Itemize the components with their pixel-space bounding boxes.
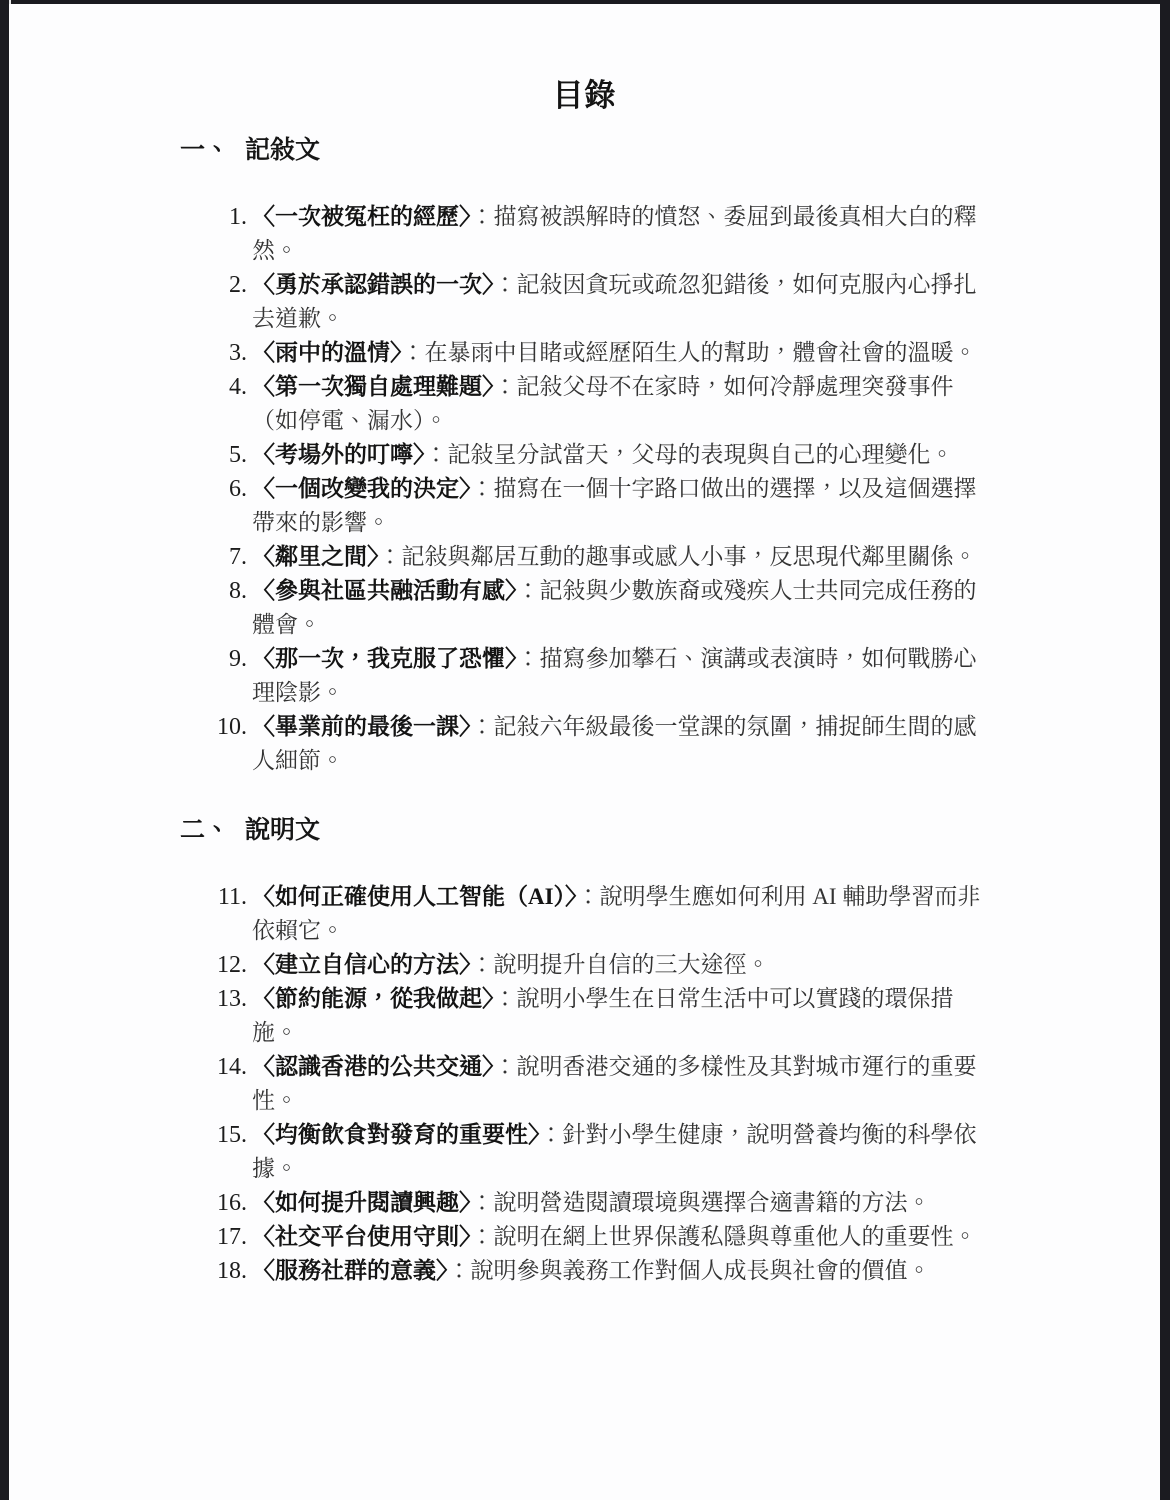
item-title: 〈一個改變我的決定〉 <box>252 476 471 501</box>
section-heading: 一、 記敍文 <box>180 134 1160 168</box>
section-title: 說明文 <box>245 814 320 848</box>
section-items: 1.〈一次被冤枉的經歷〉：描寫被誤解時的憤怒、委屈到最後真相大白的釋然。 2.〈… <box>9 200 1160 778</box>
item-title: 〈如何正確使用人工智能（AI）〉 <box>252 884 577 909</box>
item-title: 〈鄰里之間〉 <box>252 544 379 569</box>
item-description: ：記敍與鄰居互動的趣事或感人小事，反思現代鄰里關係。 <box>379 544 977 569</box>
item-number: 8. <box>177 574 247 608</box>
toc-item: 18.〈服務社群的意義〉：說明參與義務工作對個人成長與社會的價值。 <box>9 1254 990 1288</box>
item-title: 〈雨中的溫情〉 <box>252 340 402 365</box>
item-number: 2. <box>177 268 247 302</box>
section-label: 二、 <box>180 814 230 848</box>
item-title: 〈節約能源，從我做起〉 <box>252 986 494 1011</box>
item-title: 〈那一次，我克服了恐懼〉 <box>252 646 517 671</box>
toc-item: 6.〈一個改變我的決定〉：描寫在一個十字路口做出的選擇，以及這個選擇帶來的影響。 <box>9 472 990 540</box>
section-heading: 二、 說明文 <box>180 814 1160 848</box>
toc-item: 9.〈那一次，我克服了恐懼〉：描寫參加攀石、演講或表演時，如何戰勝心理陰影。 <box>9 642 990 710</box>
item-number: 15. <box>177 1118 247 1152</box>
item-title: 〈第一次獨自處理難題〉 <box>252 374 494 399</box>
item-title: 〈社交平台使用守則〉 <box>252 1224 471 1249</box>
item-number: 14. <box>177 1050 247 1084</box>
item-description: ：說明參與義務工作對個人成長與社會的價值。 <box>448 1258 931 1283</box>
item-title: 〈一次被冤枉的經歷〉 <box>252 204 471 229</box>
item-number: 6. <box>177 472 247 506</box>
item-title: 〈服務社群的意義〉 <box>252 1258 448 1283</box>
toc-item: 7.〈鄰里之間〉：記敍與鄰居互動的趣事或感人小事，反思現代鄰里關係。 <box>9 540 990 574</box>
section-label: 一、 <box>180 134 230 168</box>
document-page: 目錄 一、 記敍文 1.〈一次被冤枉的經歷〉：描寫被誤解時的憤怒、委屈到最後真相… <box>9 4 1160 1500</box>
item-title: 〈畢業前的最後一課〉 <box>252 714 471 739</box>
toc-item: 10.〈畢業前的最後一課〉：記敍六年級最後一堂課的氛圍，捕捉師生間的感人細節。 <box>9 710 990 778</box>
item-description: ：記敍呈分試當天，父母的表現與自己的心理變化。 <box>425 442 954 467</box>
item-number: 3. <box>177 336 247 370</box>
item-title: 〈考場外的叮嚀〉 <box>252 442 425 467</box>
item-description: ：說明提升自信的三大途徑。 <box>471 952 770 977</box>
item-number: 16. <box>177 1186 247 1220</box>
toc-item: 11.〈如何正確使用人工智能（AI）〉：說明學生應如何利用 AI 輔助學習而非依… <box>9 880 990 948</box>
toc-item: 17.〈社交平台使用守則〉：說明在網上世界保護私隱與尊重他人的重要性。 <box>9 1220 990 1254</box>
toc-item: 12.〈建立自信心的方法〉：說明提升自信的三大途徑。 <box>9 948 990 982</box>
toc-item: 13.〈節約能源，從我做起〉：說明小學生在日常生活中可以實踐的環保措施。 <box>9 982 990 1050</box>
item-title: 〈均衡飲食對發育的重要性〉 <box>252 1122 540 1147</box>
section-title: 記敍文 <box>245 134 320 168</box>
item-description: ：在暴雨中目睹或經歷陌生人的幫助，體會社會的溫暖。 <box>402 340 977 365</box>
item-title: 〈勇於承認錯誤的一次〉 <box>252 272 494 297</box>
item-title: 〈參與社區共融活動有感〉 <box>252 578 517 603</box>
toc-item: 8.〈參與社區共融活動有感〉：記敍與少數族裔或殘疾人士共同完成任務的體會。 <box>9 574 990 642</box>
item-description: ：說明營造閱讀環境與選擇合適書籍的方法。 <box>471 1190 931 1215</box>
document-title: 目錄 <box>9 76 1160 116</box>
toc-item: 14.〈認識香港的公共交通〉：說明香港交通的多樣性及其對城市運行的重要性。 <box>9 1050 990 1118</box>
toc-sections: 一、 記敍文 1.〈一次被冤枉的經歷〉：描寫被誤解時的憤怒、委屈到最後真相大白的… <box>9 134 1160 1288</box>
item-title: 〈如何提升閱讀興趣〉 <box>252 1190 471 1215</box>
toc-item: 4.〈第一次獨自處理難題〉：記敍父母不在家時，如何冷靜處理突發事件（如停電、漏水… <box>9 370 990 438</box>
item-title: 〈建立自信心的方法〉 <box>252 952 471 977</box>
item-number: 9. <box>177 642 247 676</box>
item-title: 〈認識香港的公共交通〉 <box>252 1054 494 1079</box>
item-number: 4. <box>177 370 247 404</box>
toc-item: 16.〈如何提升閱讀興趣〉：說明營造閱讀環境與選擇合適書籍的方法。 <box>9 1186 990 1220</box>
item-number: 12. <box>177 948 247 982</box>
item-number: 17. <box>177 1220 247 1254</box>
toc-item: 3.〈雨中的溫情〉：在暴雨中目睹或經歷陌生人的幫助，體會社會的溫暖。 <box>9 336 990 370</box>
toc-section: 二、 說明文 11.〈如何正確使用人工智能（AI）〉：說明學生應如何利用 AI … <box>9 814 1160 1288</box>
item-number: 13. <box>177 982 247 1016</box>
toc-item: 15.〈均衡飲食對發育的重要性〉：針對小學生健康，說明營養均衡的科學依據。 <box>9 1118 990 1186</box>
toc-item: 1.〈一次被冤枉的經歷〉：描寫被誤解時的憤怒、委屈到最後真相大白的釋然。 <box>9 200 990 268</box>
item-number: 7. <box>177 540 247 574</box>
toc-section: 一、 記敍文 1.〈一次被冤枉的經歷〉：描寫被誤解時的憤怒、委屈到最後真相大白的… <box>9 134 1160 778</box>
toc-item: 2.〈勇於承認錯誤的一次〉：記敍因貪玩或疏忽犯錯後，如何克服內心掙扎去道歉。 <box>9 268 990 336</box>
toc-item: 5.〈考場外的叮嚀〉：記敍呈分試當天，父母的表現與自己的心理變化。 <box>9 438 990 472</box>
section-items: 11.〈如何正確使用人工智能（AI）〉：說明學生應如何利用 AI 輔助學習而非依… <box>9 880 1160 1288</box>
item-number: 1. <box>177 200 247 234</box>
left-edge-bar <box>0 0 9 1500</box>
item-number: 10. <box>177 710 247 744</box>
item-number: 5. <box>177 438 247 472</box>
item-number: 11. <box>177 880 247 914</box>
right-edge-bar <box>1160 0 1170 1500</box>
item-number: 18. <box>177 1254 247 1288</box>
item-description: ：說明在網上世界保護私隱與尊重他人的重要性。 <box>471 1224 977 1249</box>
